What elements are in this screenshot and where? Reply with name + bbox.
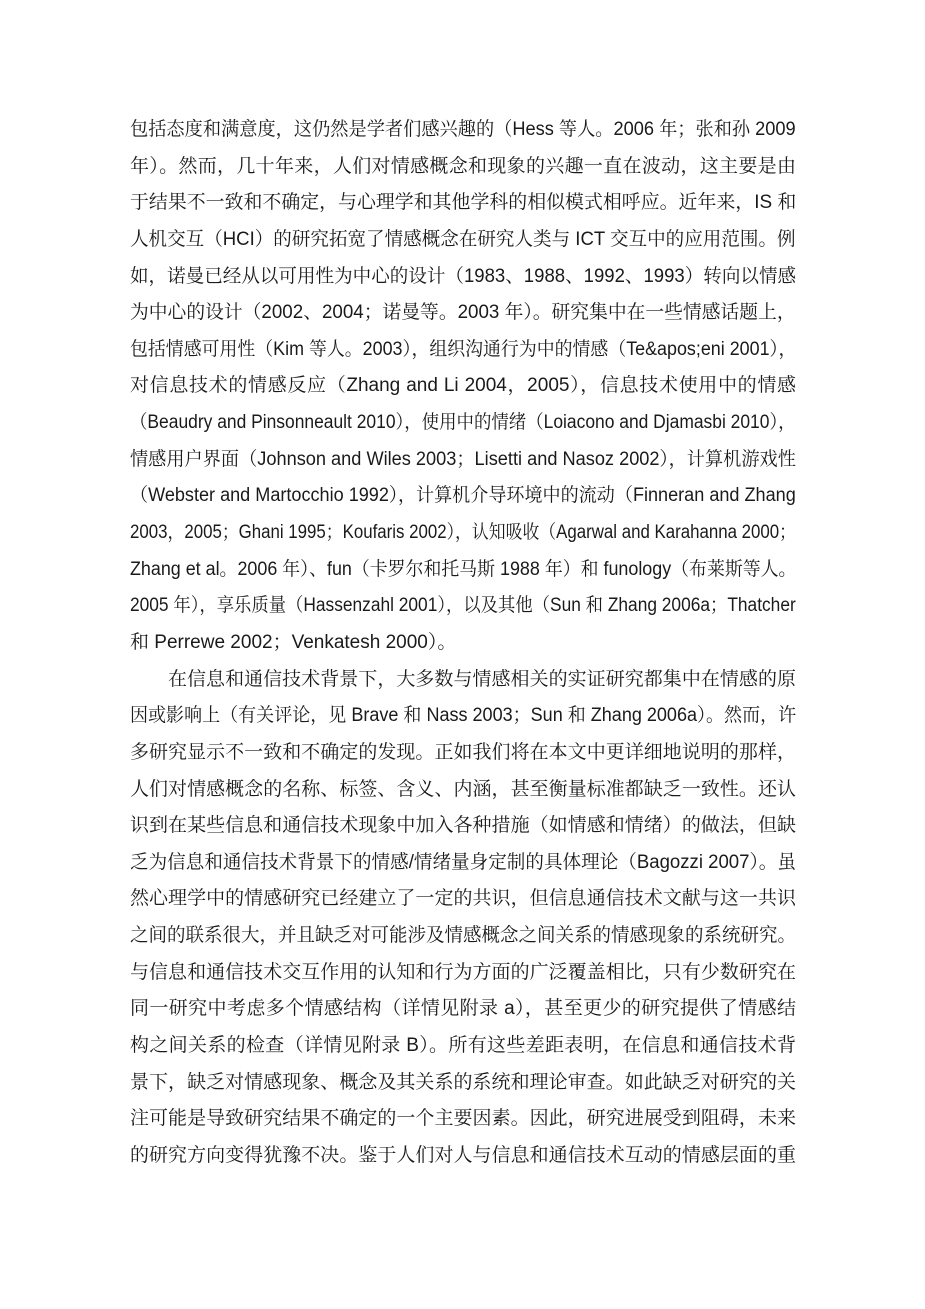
text-line: 2005 年），享乐质量（Hassenzahl 2001），以及其他（Sun 和… xyxy=(130,588,738,625)
text-line: 情感用户界面（Johnson and Wiles 2003；Lisetti an… xyxy=(130,442,767,479)
text-line: 于结果不一致和不确定，与心理学和其他学科的相似模式相呼应。近年来，IS 和 xyxy=(130,185,793,222)
paragraph: 包括态度和满意度，这仍然是学者们感兴趣的（Hess 等人。2006 年；张和孙 … xyxy=(130,112,796,662)
text-line: 包括态度和满意度，这仍然是学者们感兴趣的（Hess 等人。2006 年；张和孙 … xyxy=(130,112,768,149)
text-line: 景下，缺乏对情感现象、概念及其关系的系统和理论审查。如此缺乏对研究的关 xyxy=(130,1065,796,1102)
text-line: 2003，2005；Ghani 1995；Koufaris 2002），认知吸收… xyxy=(130,515,721,552)
document-page: 包括态度和满意度，这仍然是学者们感兴趣的（Hess 等人。2006 年；张和孙 … xyxy=(0,0,925,1309)
text-line: 注可能是导致研究结果不确定的一个主要因素。因此，研究进展受到阻碍，未来 xyxy=(130,1101,796,1138)
text-line: 的研究方向变得犹豫不决。鉴于人们对人与信息和通信技术互动的情感层面的重 xyxy=(130,1138,796,1175)
text-line: （Webster and Martocchio 1992），计算机介导环境中的流… xyxy=(130,478,764,515)
text-line: 包括情感可用性（Kim 等人。2003），组织沟通行为中的情感（Te&apos;… xyxy=(130,332,757,369)
text-line: 然心理学中的情感研究已经建立了一定的共识，但信息通信技术文献与这一共识 xyxy=(130,881,796,918)
text-line: 为中心的设计（2002、2004；诺曼等。2003 年）。研究集中在一些情感话题… xyxy=(130,295,788,332)
paragraph: 在信息和通信技术背景下，大多数与情感相关的实证研究都集中在情感的原因或影响上（有… xyxy=(130,662,796,1175)
text-line: （Beaudry and Pinsonneault 2010），使用中的情绪（L… xyxy=(130,405,741,442)
text-line: 同一研究中考虑多个情感结构（详情见附录 a），甚至更少的研究提供了情感结 xyxy=(130,991,796,1028)
text-line: 在信息和通信技术背景下，大多数与情感相关的实证研究都集中在情感的原 xyxy=(130,662,796,699)
text-line: 识到在某些信息和通信技术现象中加入各种措施（如情感和情绪）的做法，但缺 xyxy=(130,808,796,845)
text-line: 和 Perrewe 2002；Venkatesh 2000）。 xyxy=(130,625,796,662)
text-line: 之间的联系很大，并且缺乏对可能涉及情感概念之间关系的情感现象的系统研究。 xyxy=(130,918,778,955)
text-line: 年）。然而，几十年来，人们对情感概念和现象的兴趣一直在波动，这主要是由 xyxy=(130,149,796,186)
text-line: Zhang et al。2006 年）、fun（卡罗尔和托马斯 1988 年）和… xyxy=(130,552,757,589)
text-line: 人机交互（HCI）的研究拓宽了情感概念在研究人类与 ICT 交互中的应用范围。例 xyxy=(130,222,780,259)
text-line: 构之间关系的检查（详情见附录 B）。所有这些差距表明，在信息和通信技术背 xyxy=(130,1028,796,1065)
text-line: 人们对情感概念的名称、标签、含义、内涵，甚至衡量标准都缺乏一致性。还认 xyxy=(130,772,796,809)
text-line: 因或影响上（有关评论，见 Brave 和 Nass 2003；Sun 和 Zha… xyxy=(130,698,762,735)
text-line: 乏为信息和通信技术背景下的情感/情绪量身定制的具体理论（Bagozzi 2007… xyxy=(130,845,781,882)
text-line: 对信息技术的情感反应（Zhang and Li 2004，2005），信息技术使… xyxy=(130,368,796,405)
text-line: 与信息和通信技术交互作用的认知和行为方面的广泛覆盖相比，只有少数研究在 xyxy=(130,955,796,992)
document-text-block: 包括态度和满意度，这仍然是学者们感兴趣的（Hess 等人。2006 年；张和孙 … xyxy=(130,112,796,1175)
text-line: 多研究显示不一致和不确定的发现。正如我们将在本文中更详细地说明的那样， xyxy=(130,735,796,772)
text-line: 如，诺曼已经从以可用性为中心的设计（1983、1988、1992、1993）转向… xyxy=(130,259,780,296)
